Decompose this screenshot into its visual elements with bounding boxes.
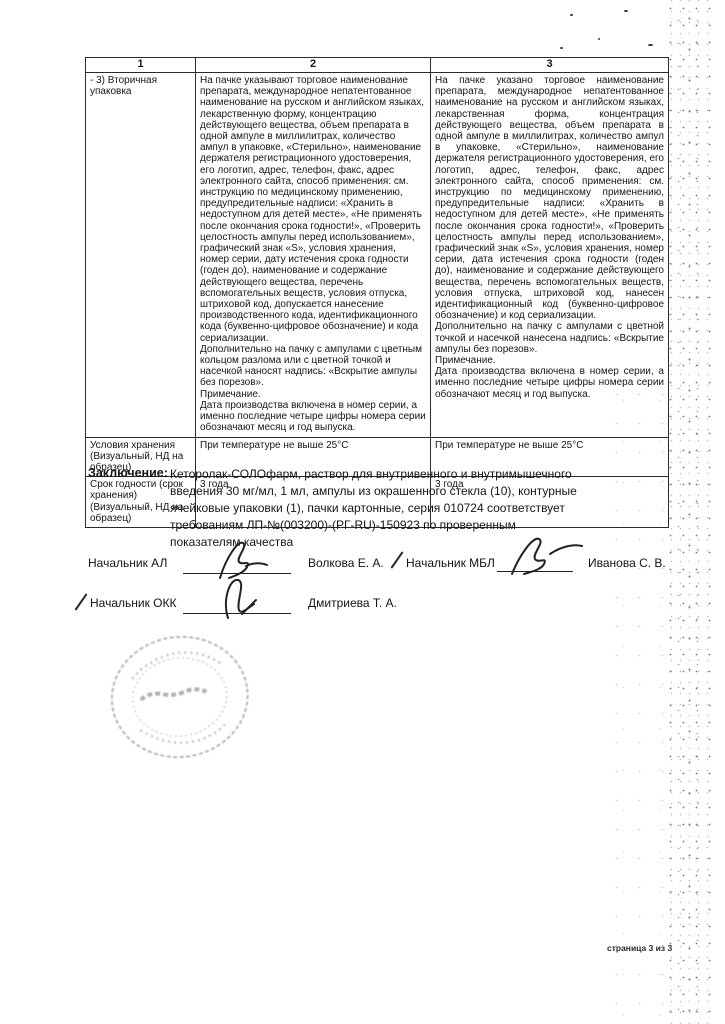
cell-paragraph: Примечание. <box>200 389 426 400</box>
cell-paragraph: На пачке указывают торговое наименование… <box>200 75 426 344</box>
table-header-row: 1 2 3 <box>86 58 669 73</box>
scan-speck <box>648 44 653 46</box>
scan-speck <box>570 14 573 16</box>
signature-autograph-dmitrieva <box>214 574 278 620</box>
quality-table: 1 2 3 - 3) Вторичная упаковка На пачке у… <box>85 57 669 528</box>
scanner-noise-strip <box>664 0 714 1024</box>
cell-paragraph: - 3) Вторичная упаковка <box>90 75 191 97</box>
scan-speck <box>624 10 628 12</box>
cell-paragraph: Примечание. <box>435 355 664 366</box>
tick-mark <box>390 551 403 569</box>
cell-paragraph: Дата производства включена в номер серии… <box>200 400 426 434</box>
signature-autograph-ivanova <box>506 532 598 576</box>
cell-paragraph: На пачке указано торговое наименование п… <box>435 75 664 321</box>
cell-paragraph: Дополнительно на пачку с ампулами с цвет… <box>200 344 426 389</box>
cell-paragraph: Дополнительно на пачку с ампулами с цвет… <box>435 321 664 355</box>
table-header-col2: 2 <box>196 58 431 73</box>
cell-parameter: - 3) Вторичная упаковка <box>86 73 196 438</box>
scan-speck <box>598 38 600 40</box>
round-stamp <box>98 624 263 773</box>
signature-name-dmitrieva: Дмитриева Т. А. <box>308 596 397 610</box>
scanner-noise-strip-light <box>605 380 670 1024</box>
signature-title-head-mbl: Начальник МБЛ <box>406 556 495 570</box>
signature-name-volkova: Волкова Е. А. <box>308 556 384 570</box>
table-header-col1: 1 <box>86 58 196 73</box>
scanned-document-page: 1 2 3 - 3) Вторичная упаковка На пачке у… <box>0 0 725 1024</box>
tick-mark <box>74 593 87 611</box>
signature-title-head-al: Начальник АЛ <box>88 556 167 570</box>
cell-requirement: На пачке указывают торговое наименование… <box>196 73 431 438</box>
conclusion-label: Заключение: <box>88 466 168 480</box>
signature-title-head-okk: Начальник ОКК <box>90 596 176 610</box>
scan-speck <box>560 47 563 49</box>
table-header-col3: 3 <box>431 58 669 73</box>
table-row-secondary-packaging: - 3) Вторичная упаковка На пачке указыва… <box>86 73 669 438</box>
